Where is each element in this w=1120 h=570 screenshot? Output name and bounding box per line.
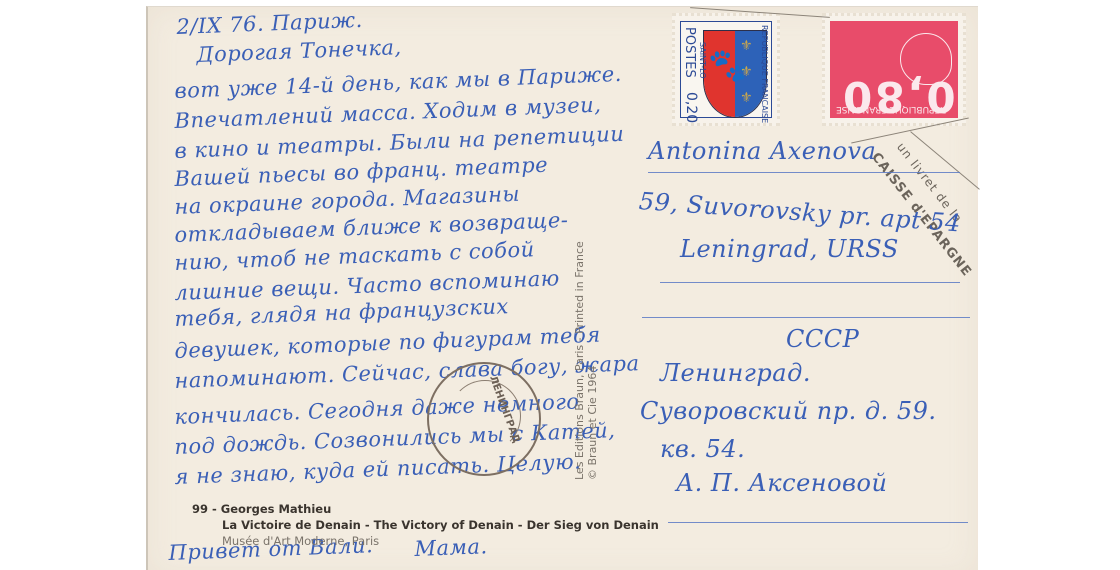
fleur-de-lis-icon: ⚜ [740, 91, 753, 105]
address-line: Ленинград. [660, 358, 811, 388]
address-rule [660, 282, 960, 283]
stamp-country: REPUBLIQUE FRANCAISE [760, 25, 769, 123]
address-rule [642, 317, 970, 318]
fleur-de-lis-icon: ⚜ [740, 39, 753, 53]
caption-museum: Musée d'Art Moderne, Paris [222, 534, 379, 548]
stamp-postes: POSTES [682, 27, 697, 78]
stamp-city: SAINT-LO [698, 42, 707, 79]
caption-artist: 99 - Georges Mathieu [192, 502, 331, 516]
caption-title: La Victoire de Denain - The Victory of D… [222, 518, 659, 532]
address-line: кв. 54. [660, 434, 745, 464]
postmark: ЛЕНИНГРАД [427, 362, 541, 476]
printer-line: Les Editions Braun, Paris - Printed in F… [573, 241, 586, 480]
stamp-face: 0,80 REPUBLIQUE FRANCAISE [830, 21, 958, 118]
fleur-de-lis-icon: ⚜ [740, 65, 753, 79]
address-rule [668, 522, 968, 523]
printer-line: © Braun et Cie 1964 [586, 241, 599, 480]
address-line: Суворовский пр. д. 59. [640, 396, 937, 426]
address-line: А. П. Аксеновой [676, 468, 887, 498]
stamp-value: 0,20 [683, 92, 699, 123]
coat-of-arms-icon: 🐾 ⚜ ⚜ ⚜ [703, 30, 767, 118]
stamp-saint-lo: 🐾 ⚜ ⚜ ⚜ POSTES SAINT-LO 0,20 REPUBLIQUE … [672, 13, 780, 126]
stamp-face: 🐾 ⚜ ⚜ ⚜ POSTES SAINT-LO 0,20 REPUBLIQUE … [680, 21, 772, 118]
address-rule [648, 172, 960, 173]
stamp-country: REPUBLIQUE FRANCAISE [836, 104, 946, 114]
signature: Мама. [414, 533, 488, 563]
stamp-marianne: 0,80 REPUBLIQUE FRANCAISE [822, 13, 966, 126]
printer-credit: Les Editions Braun, Paris - Printed in F… [573, 241, 599, 480]
address-line: Leningrad, URSS [680, 234, 899, 264]
address-line: Antonina Axenova [648, 136, 876, 166]
address-line: СССР [786, 324, 859, 354]
